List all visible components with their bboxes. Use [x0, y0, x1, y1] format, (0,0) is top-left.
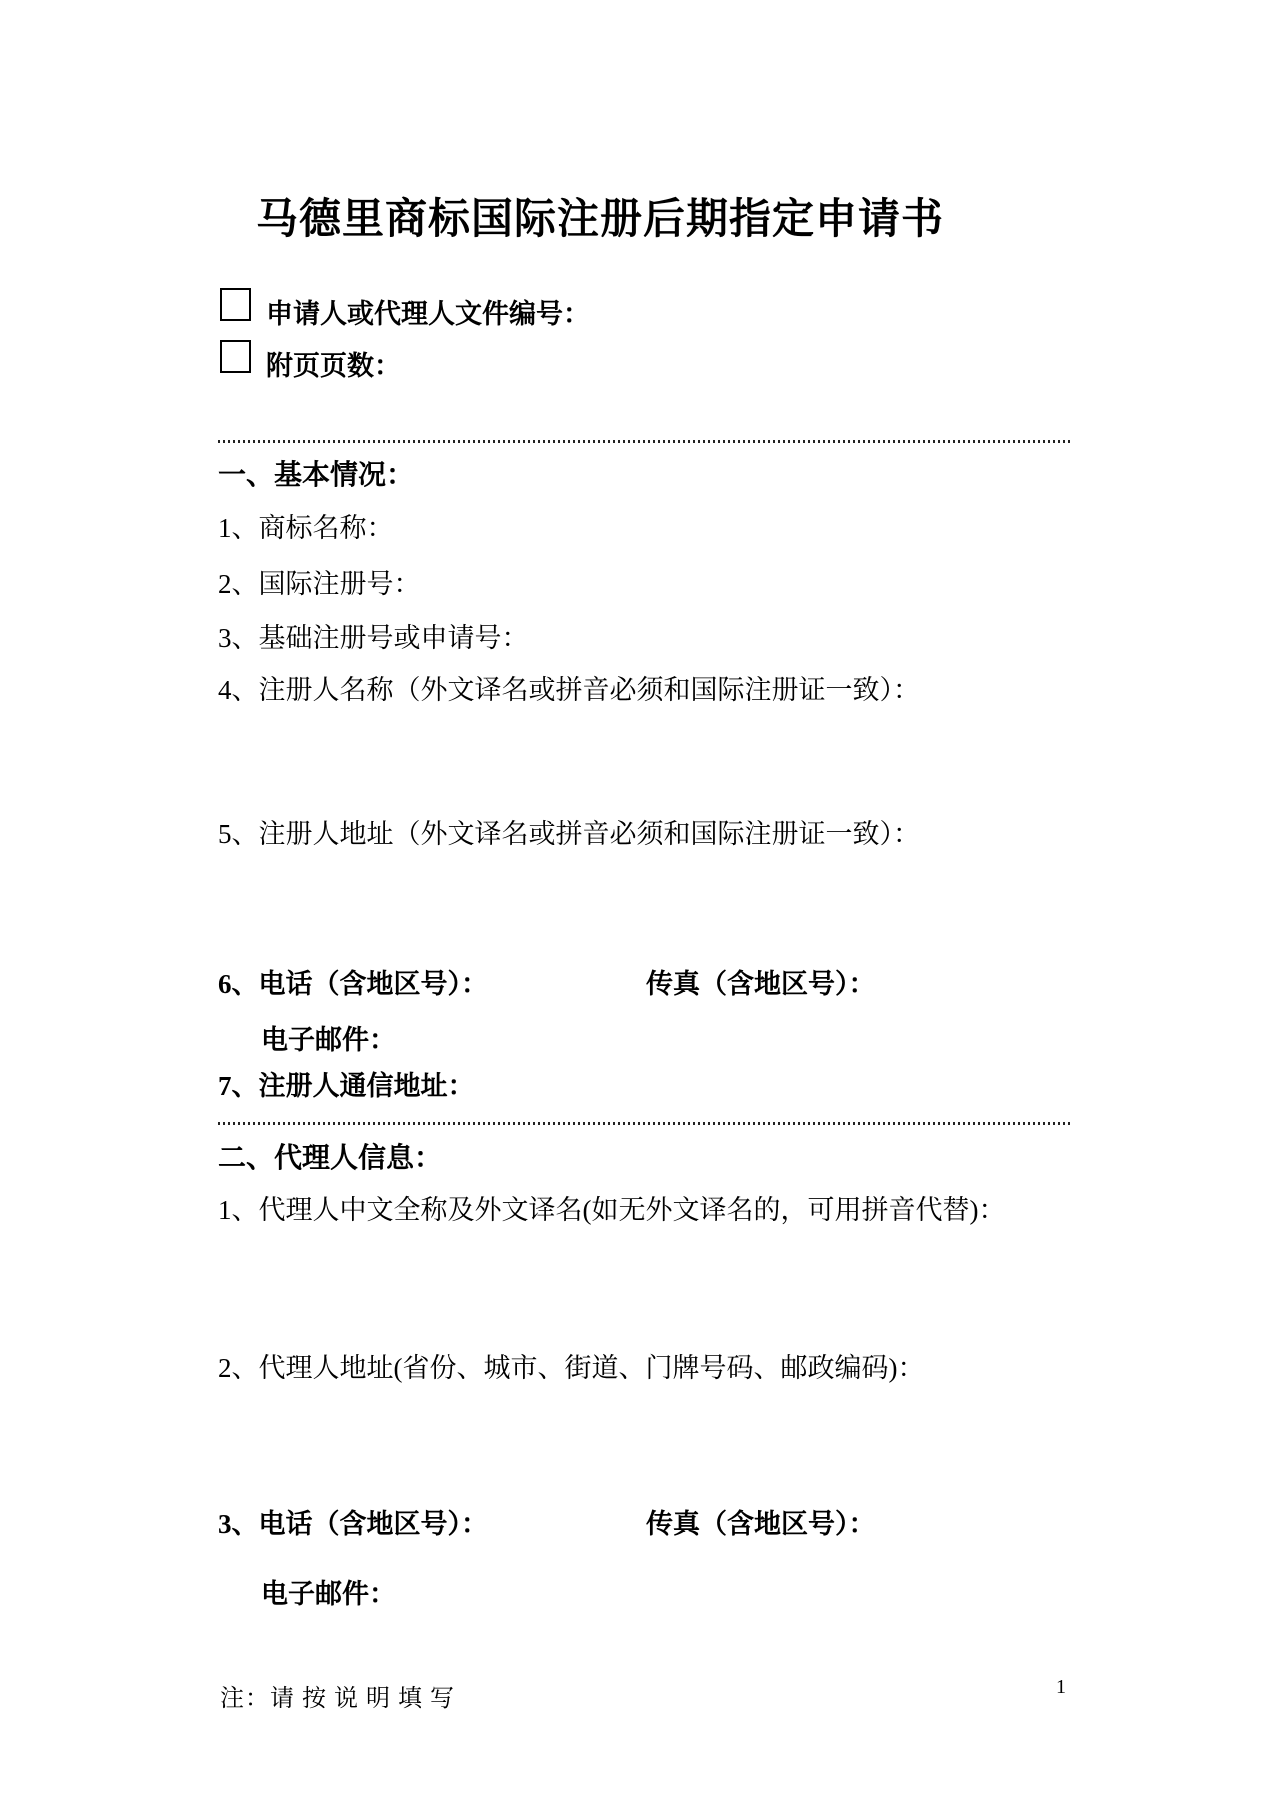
dotted-divider-1	[218, 440, 1070, 443]
field-phone: 6、电话（含地区号）：	[218, 962, 488, 1001]
section2-heading: 二、代理人信息：	[218, 1136, 442, 1176]
field-registrant-mailing-address: 7、注册人通信地址：	[218, 1064, 475, 1103]
field-fax: 传真（含地区号）：	[646, 962, 876, 1001]
field-registrant-address: 5、注册人地址（外文译名或拼音必须和国际注册证一致）：	[218, 812, 920, 851]
document-page: 马德里商标国际注册后期指定申请书 申请人或代理人文件编号： 附页页数： 一、基本…	[0, 0, 1280, 1810]
page-number: 1	[1056, 1676, 1066, 1699]
field-basic-registration-number: 3、基础注册号或申请号：	[218, 616, 529, 655]
page-title: 马德里商标国际注册后期指定申请书	[0, 186, 1200, 246]
field-agent-phone: 3、电话（含地区号）：	[218, 1502, 488, 1541]
footer-note: 注：请 按 说 明 填 写	[220, 1678, 455, 1713]
field-agent-address: 2、代理人地址(省份、城市、街道、门牌号码、邮政编码)：	[218, 1346, 924, 1385]
field-intl-registration-number: 2、国际注册号：	[218, 562, 421, 601]
section1-heading: 一、基本情况：	[218, 453, 414, 493]
attachment-pages-checkbox[interactable]	[220, 340, 251, 373]
file-number-checkbox[interactable]	[220, 288, 251, 321]
field-trademark-name: 1、商标名称：	[218, 506, 394, 545]
field-agent-name: 1、代理人中文全称及外文译名(如无外文译名的，可用拼音代替)：	[218, 1188, 1005, 1227]
field-agent-fax: 传真（含地区号）：	[646, 1502, 876, 1541]
attachment-pages-label: 附页页数：	[266, 344, 401, 383]
field-email: 电子邮件：	[261, 1018, 396, 1057]
dotted-divider-2	[218, 1122, 1070, 1125]
field-registrant-name: 4、注册人名称（外文译名或拼音必须和国际注册证一致）：	[218, 668, 920, 707]
field-agent-email: 电子邮件：	[261, 1572, 396, 1611]
file-number-label: 申请人或代理人文件编号：	[266, 292, 590, 331]
